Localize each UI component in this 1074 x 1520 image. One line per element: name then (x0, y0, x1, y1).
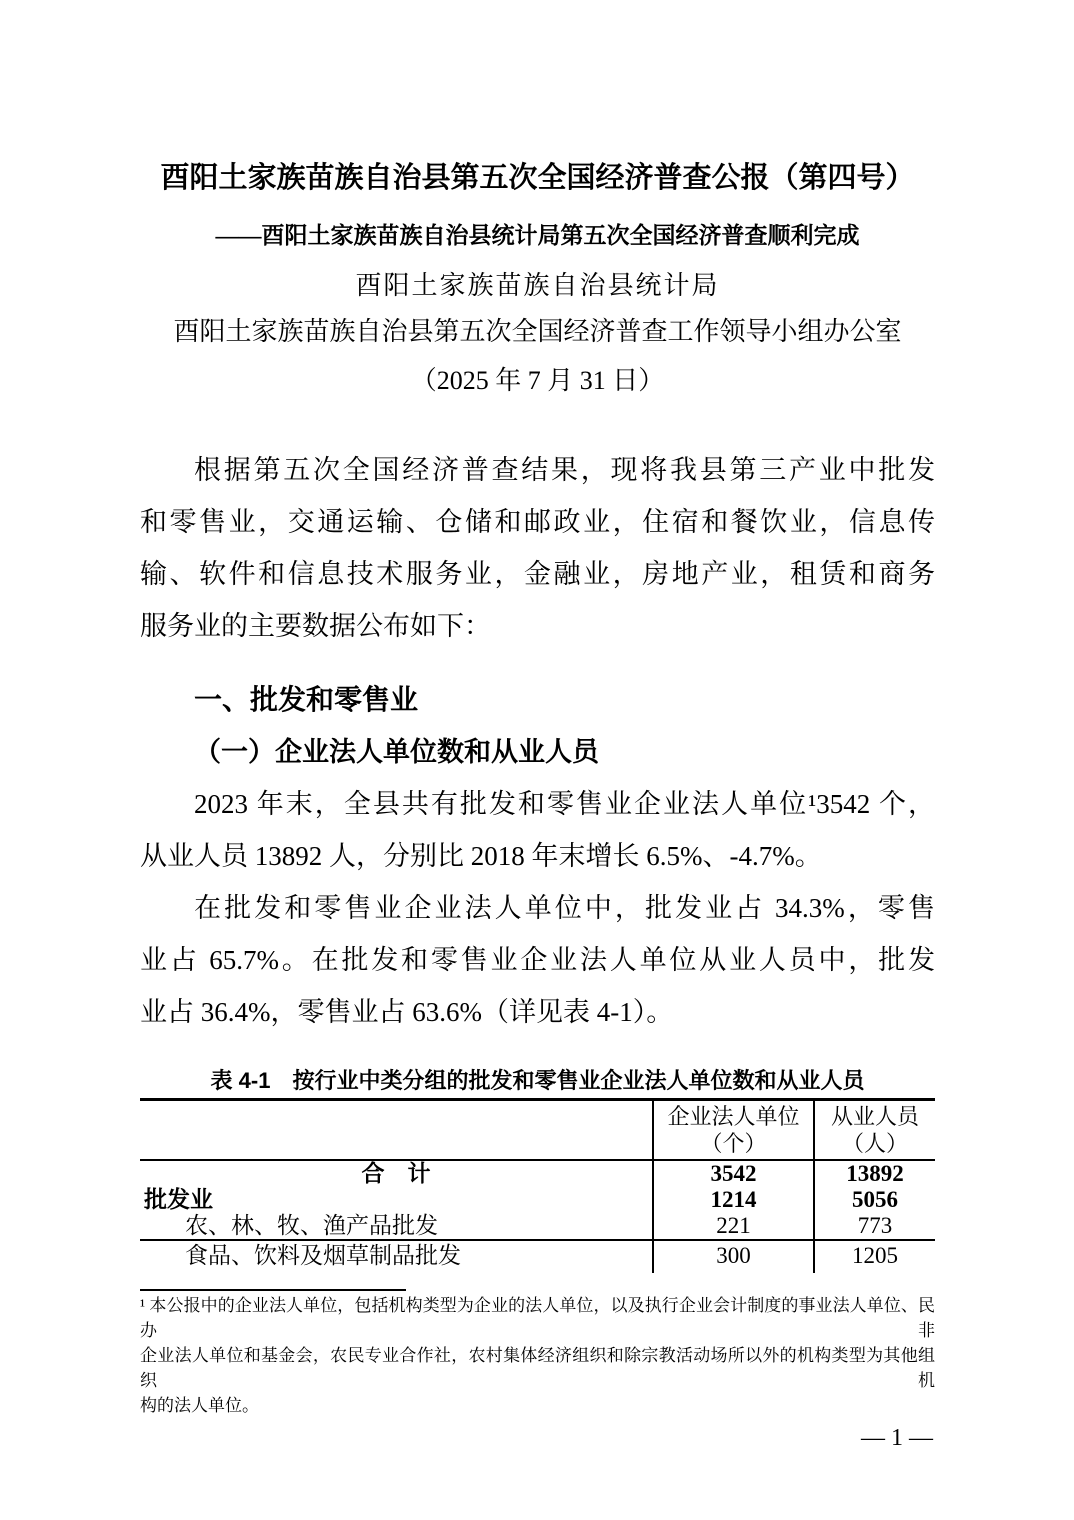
row-label: 合 计 (140, 1161, 652, 1187)
text-line: 在批发和零售业企业法人单位中，批发业占 34.3%，零售 (140, 882, 935, 934)
row-value-persons: 773 (813, 1213, 935, 1239)
table-header-row: 企业法人单位 （个） 从业人员 （人） (140, 1101, 935, 1161)
header-cell-empty (140, 1101, 652, 1159)
text-line: 输、软件和信息技术服务业，金融业，房地产业，租赁和商务 (140, 548, 935, 600)
row-value-units: 3542 (652, 1161, 813, 1187)
footnote-line: ¹ 本公报中的企业法人单位，包括机构类型为企业的法人单位，以及执行企业会计制度的… (140, 1293, 935, 1343)
table-4-1-title: 表 4-1 按行业中类分组的批发和零售业企业法人单位数和从业人员 (140, 1064, 935, 1098)
section-heading-wholesale-retail: 一、批发和零售业 (140, 674, 935, 726)
footnote: ¹ 本公报中的企业法人单位，包括机构类型为企业的法人单位，以及执行企业会计制度的… (140, 1293, 935, 1418)
paragraph-shares: 在批发和零售业企业法人单位中，批发业占 34.3%，零售 业占 65.7%。在批… (140, 882, 935, 1038)
row-value-persons: 5056 (813, 1187, 935, 1213)
footnote-line: 企业法人单位和基金会，农民专业合作社，农村集体经济组织和除宗教活动场所以外的机构… (140, 1343, 935, 1393)
row-label: 农、林、牧、渔产品批发 (140, 1213, 652, 1239)
footnote-line: 构的法人单位。 (140, 1393, 935, 1418)
subsection-heading-legal-entities: （一）企业法人单位数和从业人员 (140, 726, 935, 778)
text-line: 从业人员 13892 人，分别比 2018 年末增长 6.5%、-4.7%。 (140, 830, 935, 882)
date-line: （2025 年 7 月 31 日） (140, 362, 935, 400)
header-cell-units: 企业法人单位 （个） (652, 1101, 813, 1159)
header-cell-persons-line1: 从业人员 (815, 1103, 935, 1130)
text-line: 业占 36.4%，零售业占 63.6%（详见表 4-1）。 (140, 986, 935, 1038)
org-line-census-leading-group: 酉阳土家族苗族自治县第五次全国经济普查工作领导小组办公室 (140, 314, 935, 350)
header-cell-persons-line2: （人） (815, 1130, 935, 1157)
doc-subtitle: ——酉阳土家族苗族自治县统计局第五次全国经济普查顺利完成 (140, 218, 935, 254)
page-number: — 1 — (140, 1426, 935, 1450)
header-cell-persons: 从业人员 （人） (813, 1101, 935, 1159)
text-line: 服务业的主要数据公布如下： (140, 600, 935, 652)
table-row-wholesale: 批发业 1214 5056 (140, 1187, 935, 1213)
row-value-persons: 1205 (813, 1241, 935, 1273)
row-value-persons: 13892 (813, 1161, 935, 1187)
row-value-units: 221 (652, 1213, 813, 1239)
doc-title: 酉阳土家族苗族自治县第五次全国经济普查公报（第四号） (140, 154, 935, 200)
header-cell-units-line2: （个） (654, 1130, 813, 1157)
table-row-food-beverage-tobacco: 食品、饮料及烟草制品批发 300 1205 (140, 1241, 935, 1273)
table-row-agriculture-wholesale: 农、林、牧、渔产品批发 221 773 (140, 1213, 935, 1241)
intro-paragraph: 根据第五次全国经济普查结果，现将我县第三产业中批发 和零售业，交通运输、仓储和邮… (140, 444, 935, 652)
table-4-1: 企业法人单位 （个） 从业人员 （人） 合 计 3542 13892 批发业 1… (140, 1098, 935, 1273)
text-line: 业占 65.7%。在批发和零售业企业法人单位从业人员中，批发 (140, 934, 935, 986)
row-value-units: 1214 (652, 1187, 813, 1213)
header-cell-units-line1: 企业法人单位 (654, 1103, 813, 1130)
page-content: 酉阳土家族苗族自治县第五次全国经济普查公报（第四号） ——酉阳土家族苗族自治县统… (0, 0, 1074, 1450)
text-line: 根据第五次全国经济普查结果，现将我县第三产业中批发 (140, 444, 935, 496)
row-label: 批发业 (140, 1187, 652, 1213)
row-label: 食品、饮料及烟草制品批发 (140, 1241, 652, 1273)
text-line: 2023 年末，全县共有批发和零售业企业法人单位¹3542 个， (140, 778, 935, 830)
org-line-statistics-bureau: 酉阳土家族苗族自治县统计局 (140, 268, 935, 304)
footnote-separator (140, 1289, 406, 1291)
row-value-units: 300 (652, 1241, 813, 1273)
paragraph-units-employees: 2023 年末，全县共有批发和零售业企业法人单位¹3542 个， 从业人员 13… (140, 778, 935, 882)
table-row-total: 合 计 3542 13892 (140, 1161, 935, 1187)
document-page: 酉阳土家族苗族自治县第五次全国经济普查公报（第四号） ——酉阳土家族苗族自治县统… (0, 0, 1074, 1520)
text-line: 和零售业，交通运输、仓储和邮政业，住宿和餐饮业，信息传 (140, 496, 935, 548)
